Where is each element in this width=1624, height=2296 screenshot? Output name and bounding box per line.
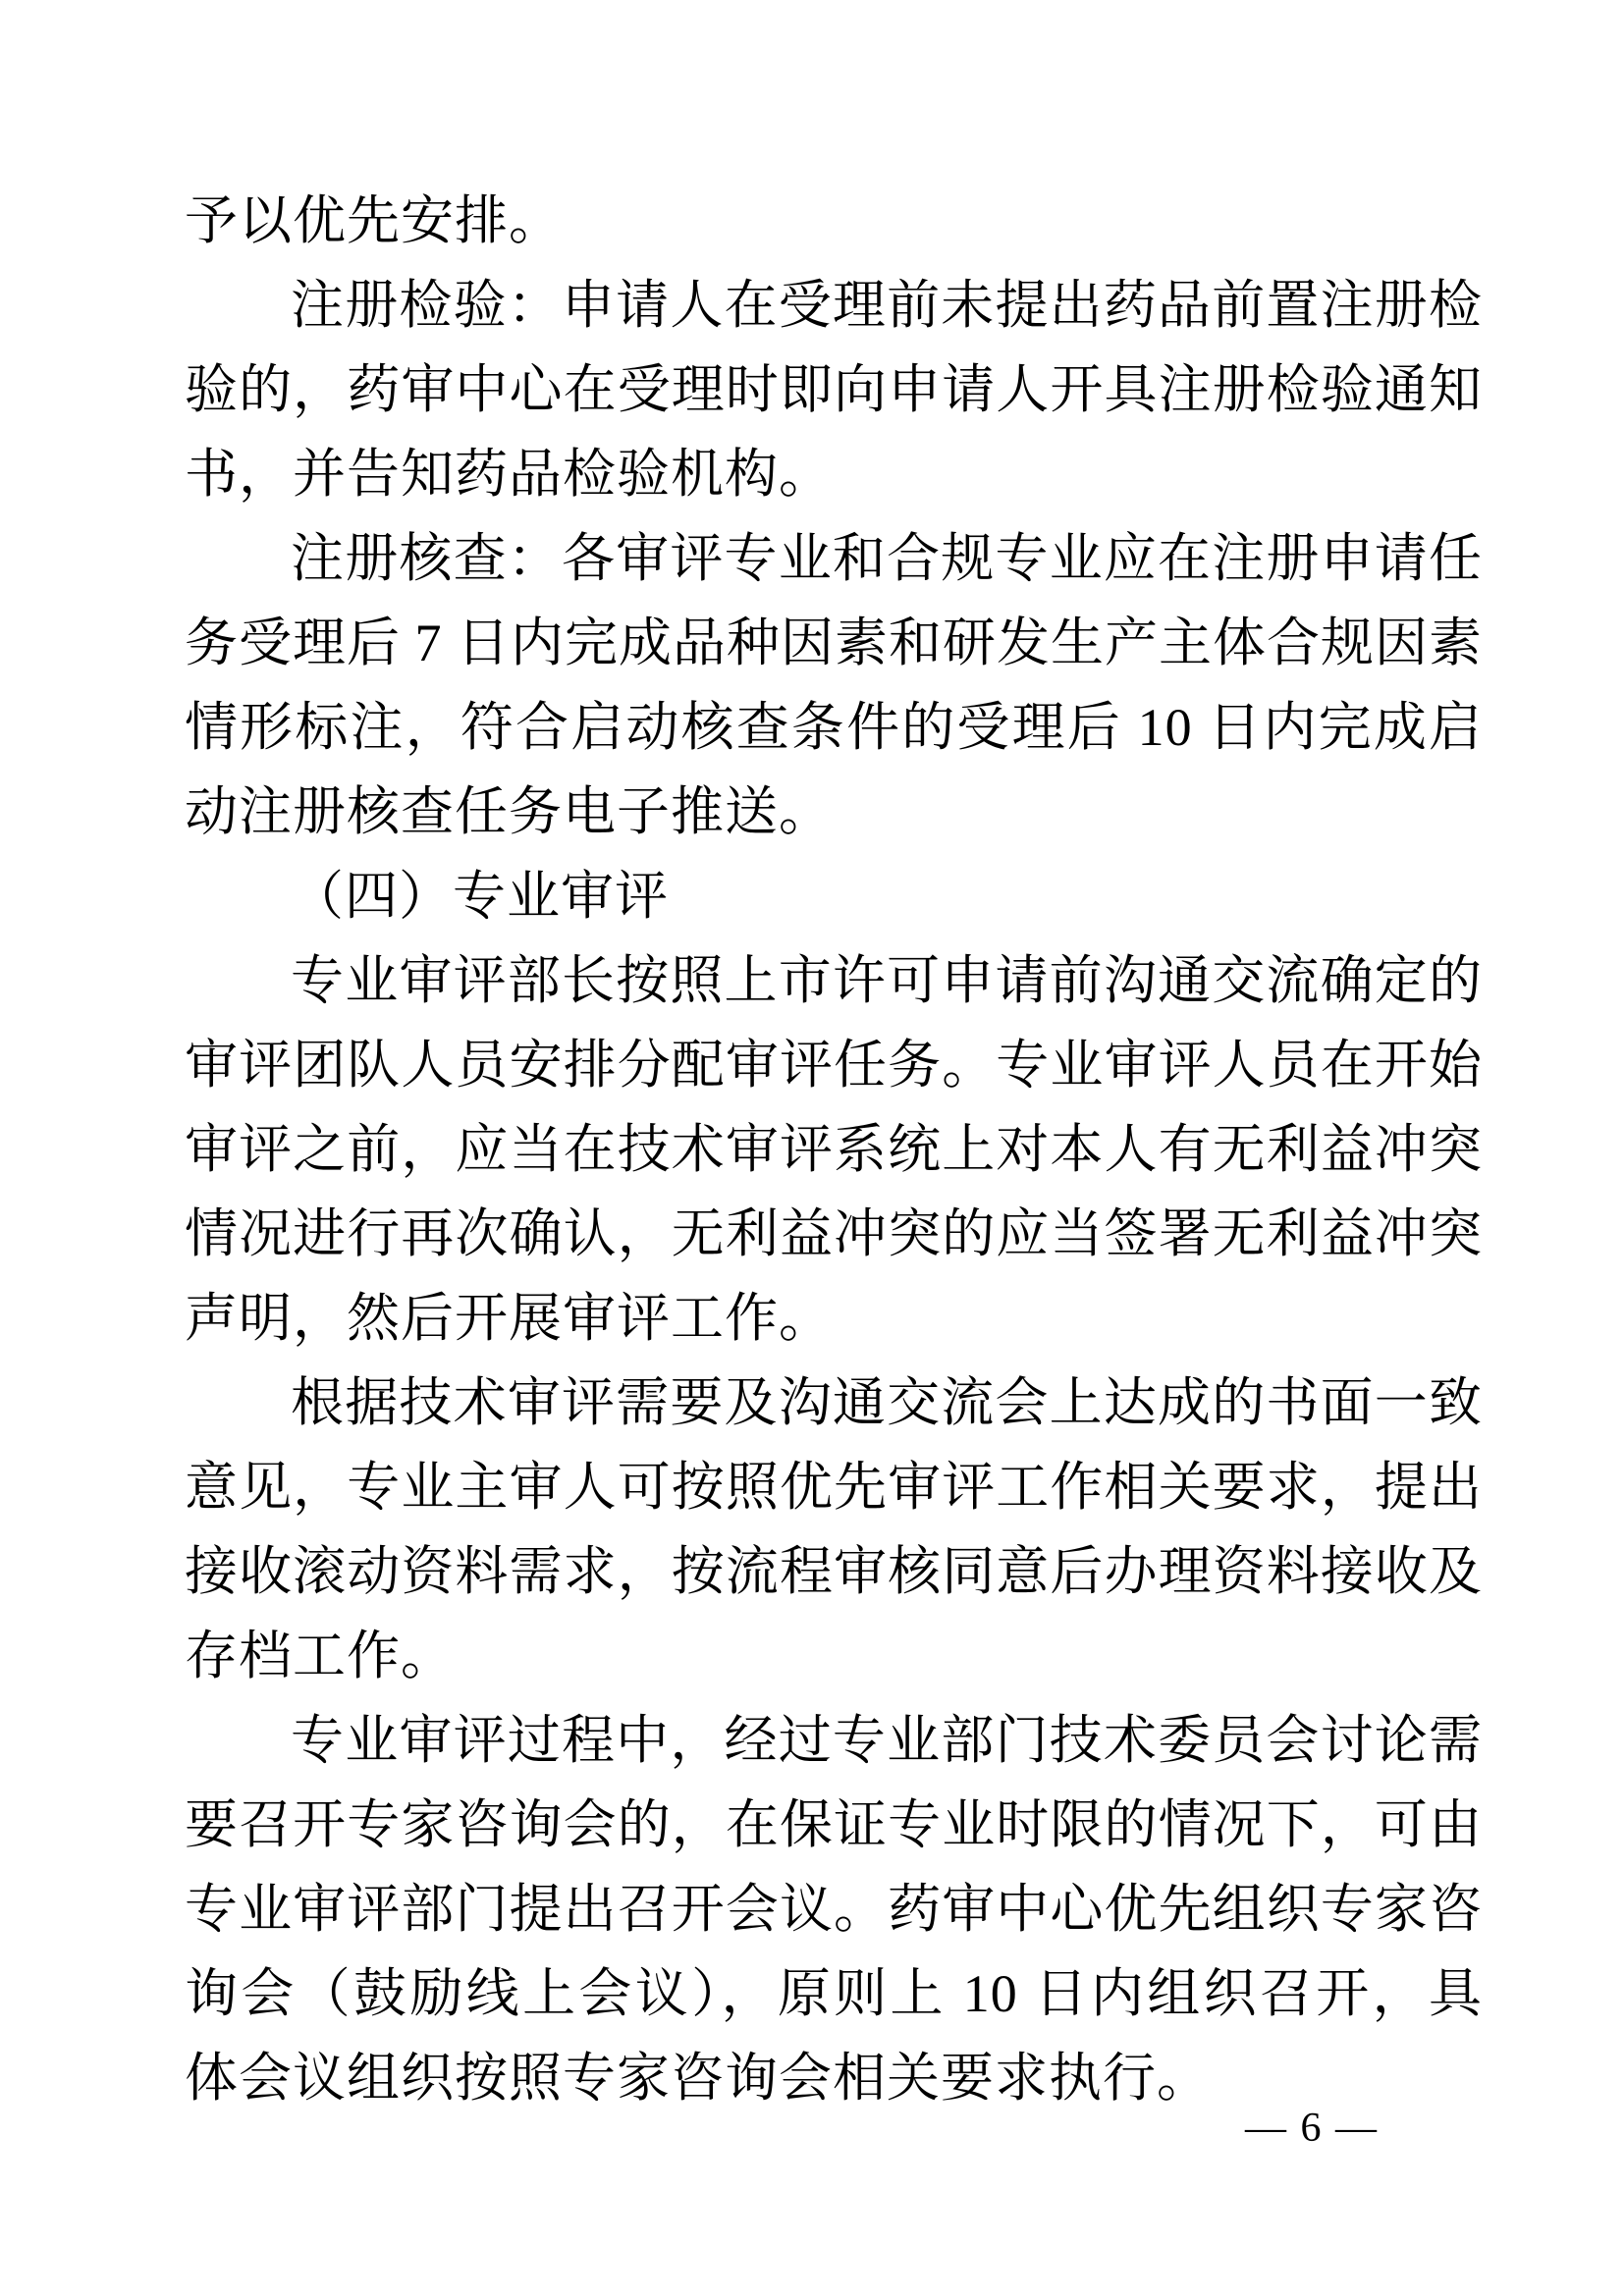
- paragraph-continuation: 予以优先安排。: [185, 179, 1483, 263]
- heading-section-4: （四）专业审评: [185, 854, 1483, 938]
- document-body: 予以优先安排。 注册检验：申请人在受理前未提出药品前置注册检验的，药审中心在受理…: [185, 179, 1483, 2120]
- paragraph-rolling-submission: 根据技术审评需要及沟通交流会上达成的书面一致意见，专业主审人可按照优先审评工作相…: [185, 1361, 1483, 1698]
- paragraph-expert-consultation: 专业审评过程中，经过专业部门技术委员会讨论需要召开专家咨询会的，在保证专业时限的…: [185, 1698, 1483, 2120]
- page-number: — 6 —: [1245, 2099, 1379, 2158]
- paragraph-registration-inspection: 注册检验：申请人在受理前未提出药品前置注册检验的，药审中心在受理时即向申请人开具…: [185, 263, 1483, 516]
- paragraph-review-assignment: 专业审评部长按照上市许可申请前沟通交流确定的审评团队人员安排分配审评任务。专业审…: [185, 938, 1483, 1361]
- paragraph-registration-verification: 注册核查：各审评专业和合规专业应在注册申请任务受理后 7 日内完成品种因素和研发…: [185, 516, 1483, 854]
- document-page: 予以优先安排。 注册检验：申请人在受理前未提出药品前置注册检验的，药审中心在受理…: [0, 0, 1624, 2296]
